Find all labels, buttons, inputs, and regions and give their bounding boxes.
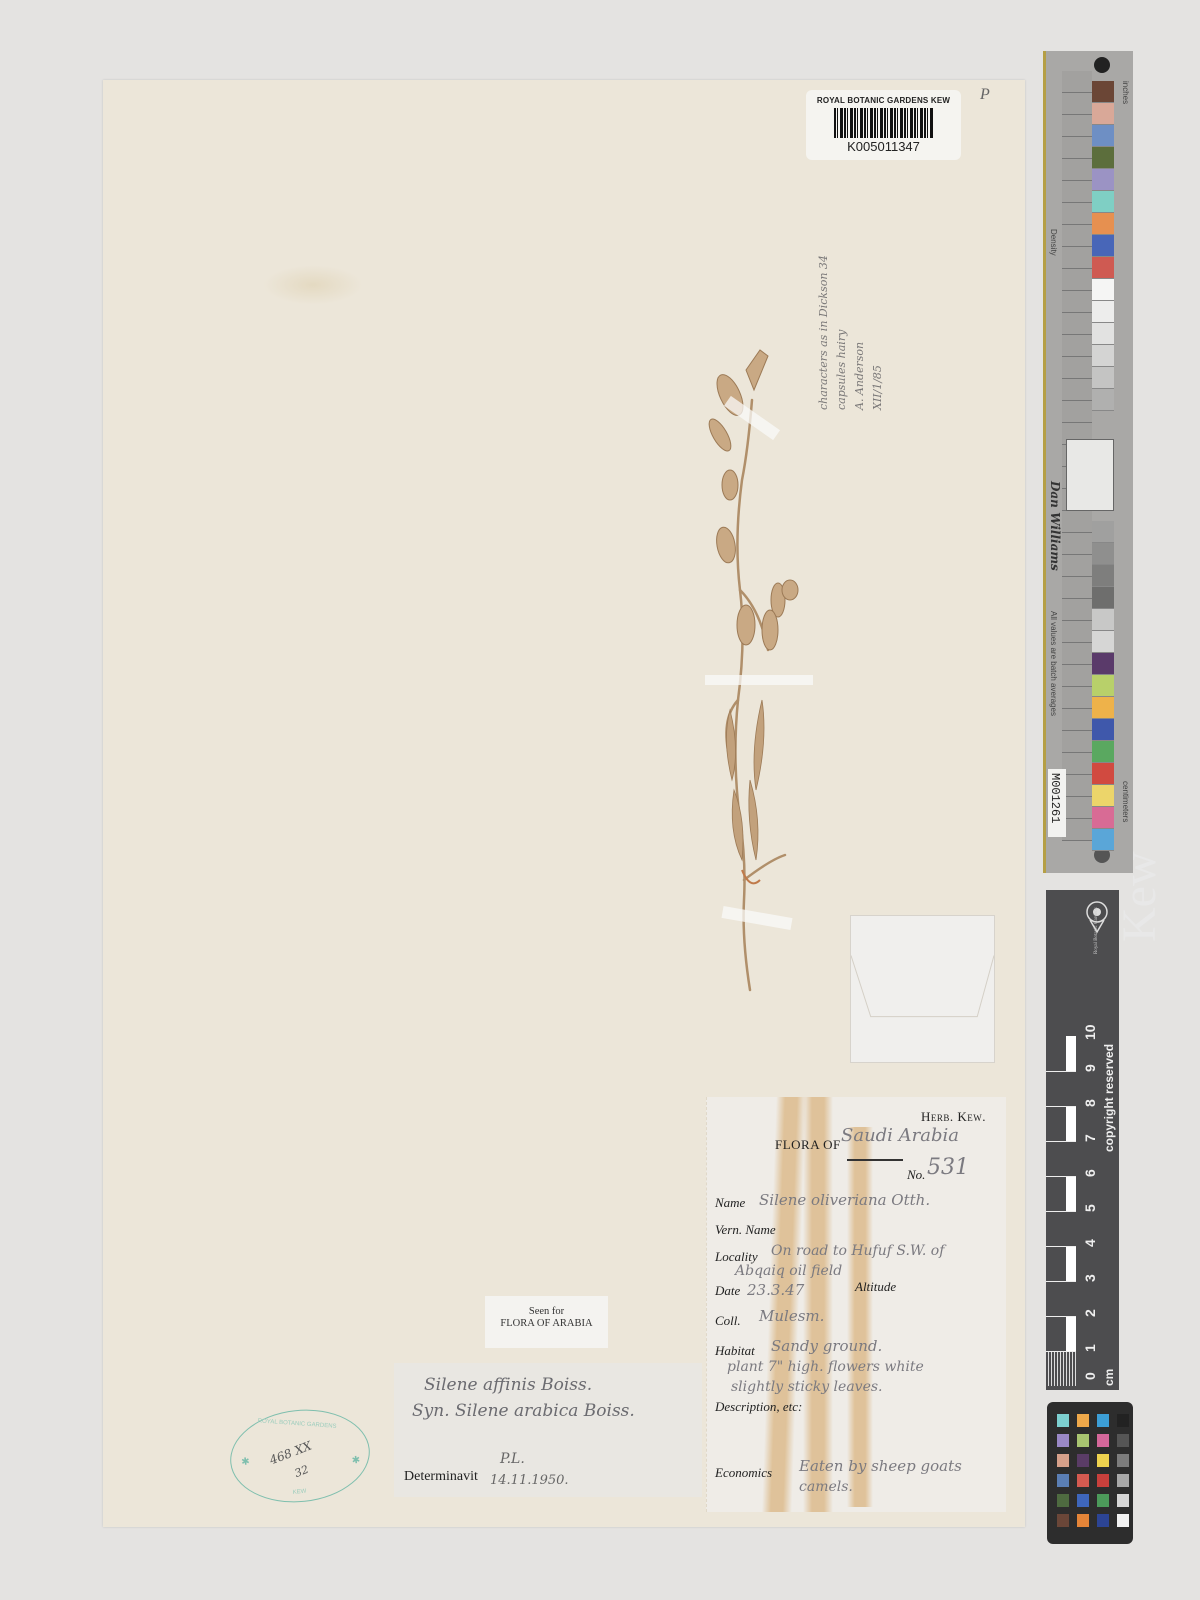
seen-for-line2: FLORA OF ARABIA bbox=[485, 1318, 608, 1330]
checker-patch bbox=[1077, 1414, 1089, 1427]
label-stain bbox=[847, 1127, 873, 1507]
herbarium-label: Herb. Kew. FLORA OF Saudi Arabia No. 531… bbox=[706, 1097, 1006, 1512]
colour-swatch bbox=[1092, 103, 1114, 125]
grey-swatch bbox=[1092, 565, 1114, 587]
ruler-number: 1 bbox=[1082, 1344, 1098, 1352]
ruler-number: 2 bbox=[1082, 1309, 1098, 1317]
checker-patch bbox=[1077, 1434, 1089, 1447]
colour-swatch bbox=[1092, 235, 1114, 257]
habitat-value: Sandy ground. bbox=[771, 1337, 882, 1355]
checker-grid bbox=[1057, 1414, 1129, 1527]
checker-patch bbox=[1097, 1494, 1109, 1507]
date-value: 23.3.47 bbox=[747, 1281, 804, 1299]
collector-label: Coll. bbox=[715, 1313, 741, 1329]
habitat-label: Habitat bbox=[715, 1343, 755, 1359]
colour-swatch bbox=[1092, 191, 1114, 213]
swatches-mid bbox=[1092, 521, 1114, 851]
colour-swatch bbox=[1092, 81, 1114, 103]
economics-value-line2: camels. bbox=[799, 1479, 853, 1495]
checker-patch bbox=[1077, 1494, 1089, 1507]
grey-swatch bbox=[1092, 301, 1114, 323]
colour-swatch bbox=[1092, 169, 1114, 191]
date-label: Date bbox=[715, 1283, 740, 1299]
grey-swatch bbox=[1092, 609, 1114, 631]
ruler-segment bbox=[1046, 1351, 1076, 1386]
seen-for-line1: Seen for bbox=[485, 1306, 608, 1318]
checker-patch bbox=[1057, 1474, 1069, 1487]
ruler-segment bbox=[1046, 1036, 1076, 1071]
star-icon: ✱ bbox=[351, 1455, 360, 1467]
ruler-number: 8 bbox=[1082, 1099, 1098, 1107]
description-line1: plant 7" high. flowers white bbox=[727, 1359, 924, 1375]
checker-patch bbox=[1117, 1514, 1129, 1527]
divider-rule bbox=[847, 1159, 903, 1161]
grey-swatch bbox=[1092, 631, 1114, 653]
annotation-line: XII/1/85 bbox=[869, 220, 887, 410]
kew-ruler: Kew Royal Botanic Gardens 10 9 8 7 6 5 4… bbox=[1046, 890, 1119, 1390]
herb-kew-header: Herb. Kew. bbox=[921, 1109, 986, 1125]
ruler-segment bbox=[1046, 1246, 1076, 1281]
ruler-segment bbox=[1046, 1106, 1076, 1141]
checker-patch bbox=[1057, 1514, 1069, 1527]
ruler-segment bbox=[1046, 1281, 1076, 1316]
locality-value-line1: On road to Hufuf S.W. of bbox=[771, 1243, 944, 1259]
checker-patch bbox=[1077, 1474, 1089, 1487]
colour-swatch bbox=[1092, 147, 1114, 169]
colour-swatch bbox=[1092, 829, 1114, 851]
grey-swatch bbox=[1092, 323, 1114, 345]
checker-patch bbox=[1097, 1434, 1109, 1447]
seen-for-label: Seen for FLORA OF ARABIA bbox=[485, 1296, 608, 1348]
locality-value-line2: Abqaiq oil field bbox=[735, 1263, 842, 1279]
corner-mark: P bbox=[980, 86, 990, 104]
checker-patch bbox=[1117, 1414, 1129, 1427]
description-label: Description, etc: bbox=[715, 1399, 802, 1415]
colour-swatch bbox=[1092, 675, 1114, 697]
colour-swatch bbox=[1092, 125, 1114, 147]
stamp-number: 468 XX bbox=[268, 1439, 314, 1468]
grey-swatch bbox=[1092, 587, 1114, 609]
ruler-segment bbox=[1046, 1316, 1076, 1351]
name-label: Name bbox=[715, 1195, 745, 1211]
barcode-label: ROYAL BOTANIC GARDENS KEW K005011347 bbox=[806, 90, 961, 160]
scale-hole-icon bbox=[1094, 57, 1110, 73]
colour-swatch bbox=[1092, 213, 1114, 235]
annotation-line: capsules hairy bbox=[833, 220, 851, 410]
number-value: 531 bbox=[927, 1155, 969, 1180]
barcode-number: K005011347 bbox=[806, 139, 961, 154]
fragment-packet bbox=[850, 915, 995, 1063]
colour-swatch bbox=[1092, 719, 1114, 741]
ruler-segment bbox=[1046, 1141, 1076, 1176]
checker-patch bbox=[1117, 1434, 1129, 1447]
checker-patch bbox=[1097, 1414, 1109, 1427]
grey-target bbox=[1066, 439, 1114, 511]
star-icon: ✱ bbox=[241, 1456, 250, 1468]
ruler-segment bbox=[1046, 1071, 1076, 1106]
ruler-segment bbox=[1046, 1211, 1076, 1246]
colour-scale: inches centimeters Density All values ar… bbox=[1043, 51, 1133, 873]
checker-patch bbox=[1097, 1514, 1109, 1527]
description-line2: slightly sticky leaves. bbox=[731, 1379, 883, 1395]
label-stain bbox=[803, 1097, 833, 1512]
checker-patch bbox=[1057, 1494, 1069, 1507]
checker-patch bbox=[1057, 1454, 1069, 1467]
checker-patch bbox=[1077, 1454, 1089, 1467]
determination-label: Silene affinis Boiss. Syn. Silene arabic… bbox=[394, 1363, 702, 1497]
ruler-number: 5 bbox=[1082, 1204, 1098, 1212]
economics-value-line1: Eaten by sheep goats bbox=[799, 1457, 962, 1475]
vern-name-label: Vern. Name bbox=[715, 1222, 776, 1238]
units-bottom: centimeters bbox=[1121, 781, 1130, 822]
kew-subtitle: Royal Botanic Gardens bbox=[1094, 907, 1099, 954]
colour-swatch bbox=[1092, 257, 1114, 279]
ruler-scale bbox=[1046, 1036, 1076, 1388]
checker-patch bbox=[1097, 1454, 1109, 1467]
determination-name: Silene affinis Boiss. bbox=[424, 1375, 592, 1395]
sheet-stain bbox=[263, 265, 363, 305]
grey-swatch bbox=[1092, 279, 1114, 301]
colour-checker bbox=[1047, 1402, 1133, 1544]
ruler-number: 10 bbox=[1082, 1024, 1098, 1040]
grey-swatch bbox=[1092, 367, 1114, 389]
density-label: Density bbox=[1049, 229, 1058, 256]
stamp-number-2: 32 bbox=[293, 1463, 311, 1480]
flora-of-label: FLORA OF bbox=[775, 1137, 841, 1153]
determinavit-label: Determinavit bbox=[404, 1469, 478, 1485]
determination-synonym: Syn. Silene arabica Boiss. bbox=[412, 1401, 635, 1421]
scale-brand: Dan Williams bbox=[1048, 481, 1062, 571]
envelope-flap-icon bbox=[851, 916, 994, 1062]
ruler-number: 0 bbox=[1082, 1372, 1098, 1380]
stamp-ring-text: ROYAL BOTANIC GARDENS bbox=[258, 1418, 337, 1429]
barcode-icon bbox=[834, 108, 934, 138]
vertical-annotation: characters as in Dickson 34 capsules hai… bbox=[815, 220, 895, 410]
ruler-segment bbox=[1046, 1176, 1076, 1211]
label-stain bbox=[762, 1097, 806, 1512]
annotation-line: A. Anderson bbox=[851, 220, 869, 410]
name-value: Silene oliveriana Otth. bbox=[759, 1191, 930, 1209]
scale-id: M001261 bbox=[1048, 773, 1062, 823]
checker-patch bbox=[1117, 1474, 1129, 1487]
scale-note: All values are batch averages bbox=[1049, 611, 1058, 716]
copyright-text: copyright reserved bbox=[1102, 1044, 1116, 1152]
kew-logo-text: Kew bbox=[1112, 851, 1167, 942]
flora-of-value: Saudi Arabia bbox=[841, 1125, 959, 1146]
ruler-number: 4 bbox=[1082, 1239, 1098, 1247]
determination-date: 14.11.1950. bbox=[490, 1473, 569, 1488]
checker-patch bbox=[1117, 1454, 1129, 1467]
grey-swatch bbox=[1092, 345, 1114, 367]
colour-swatch bbox=[1092, 763, 1114, 785]
grey-swatch bbox=[1092, 521, 1114, 543]
ruler-number: 9 bbox=[1082, 1064, 1098, 1072]
ruler-unit: cm bbox=[1102, 1369, 1116, 1386]
checker-patch bbox=[1057, 1414, 1069, 1427]
colour-swatch bbox=[1092, 785, 1114, 807]
altitude-label: Altitude bbox=[855, 1279, 896, 1295]
ruler-number: 3 bbox=[1082, 1274, 1098, 1282]
scale-id-label: M001261 bbox=[1048, 769, 1066, 837]
grey-swatch bbox=[1092, 389, 1114, 411]
checker-patch bbox=[1057, 1434, 1069, 1447]
checker-patch bbox=[1097, 1474, 1109, 1487]
swatches-top bbox=[1092, 81, 1114, 411]
colour-swatch bbox=[1092, 807, 1114, 829]
checker-patch bbox=[1117, 1494, 1129, 1507]
collector-value: Mulesm. bbox=[759, 1307, 824, 1325]
number-label: No. bbox=[907, 1167, 925, 1183]
colour-swatch bbox=[1092, 697, 1114, 719]
units-top: inches bbox=[1121, 81, 1130, 104]
stamp-bottom-text: KEW bbox=[293, 1489, 307, 1496]
colour-swatch bbox=[1092, 741, 1114, 763]
determiner-initials: P.L. bbox=[500, 1451, 525, 1467]
economics-label: Economics bbox=[715, 1465, 772, 1481]
checker-patch bbox=[1077, 1514, 1089, 1527]
colour-swatch bbox=[1092, 653, 1114, 675]
ruler-number: 7 bbox=[1082, 1134, 1098, 1142]
mounting-tape bbox=[705, 675, 813, 685]
ruler-number: 6 bbox=[1082, 1169, 1098, 1177]
grey-swatch bbox=[1092, 543, 1114, 565]
barcode-institution: ROYAL BOTANIC GARDENS KEW bbox=[806, 96, 961, 105]
